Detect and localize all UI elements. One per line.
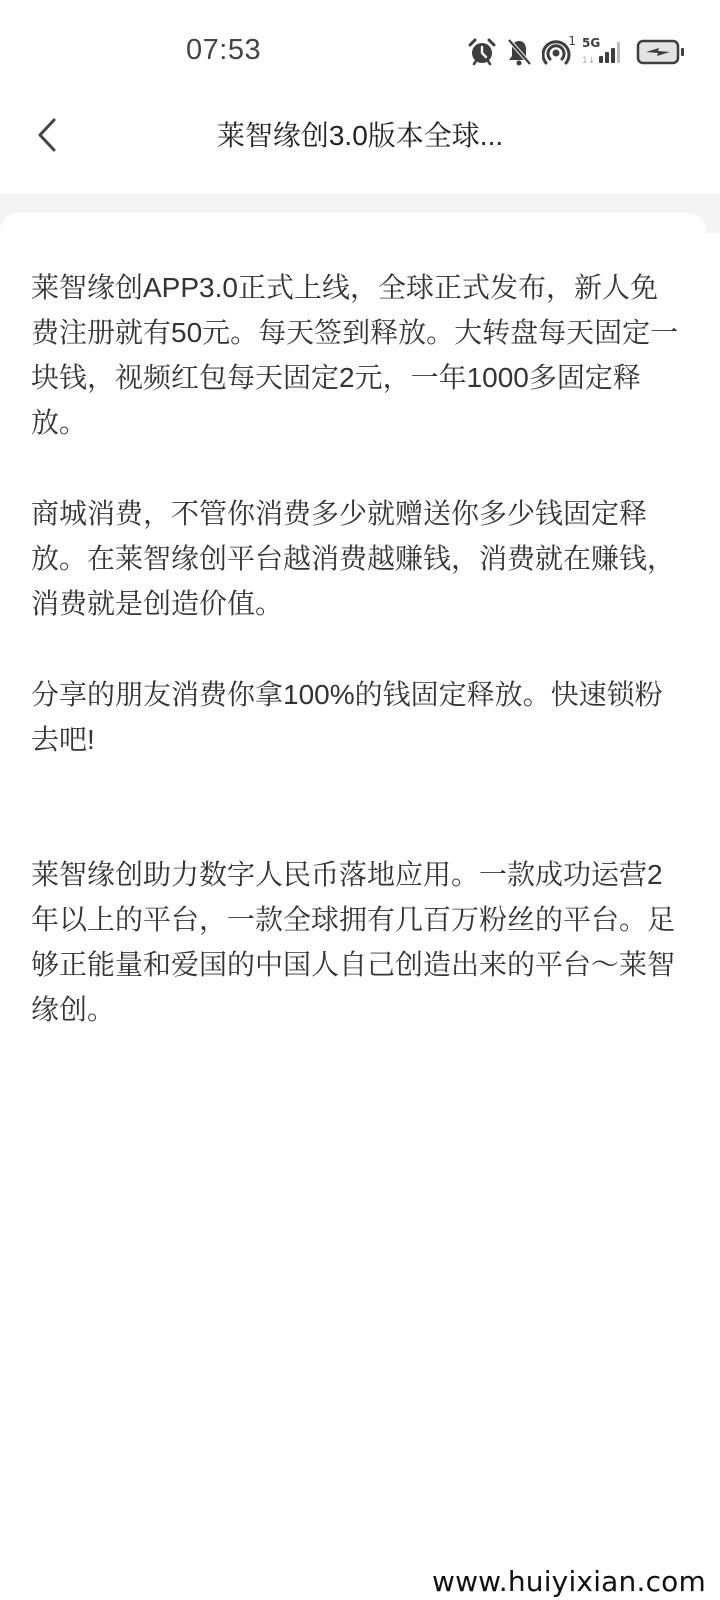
hotspot-badge: 1 xyxy=(568,34,576,48)
network-sub: 1↓ xyxy=(582,56,595,66)
status-bar: 07:53 1 xyxy=(0,0,720,100)
chevron-left-icon xyxy=(36,117,58,157)
watermark: www.huiyixian.com xyxy=(432,1565,706,1598)
hotspot-icon: 1 xyxy=(542,38,572,66)
article-body: 莱智缘创APP3.0正式上线，全球正式发布，新人免费注册就有50元。每天签到释放… xyxy=(31,265,683,1032)
status-icons: 1 5G 1↓ xyxy=(468,36,686,68)
article-paragraph: 莱智缘创助力数字人民币落地应用。一款成功运营2年以上的平台，一款全球拥有几百万粉… xyxy=(31,852,683,1032)
article-paragraph: 莱智缘创APP3.0正式上线，全球正式发布，新人免费注册就有50元。每天签到释放… xyxy=(31,265,683,445)
signal-5g-icon: 5G 1↓ xyxy=(582,38,626,66)
back-button[interactable] xyxy=(20,110,74,164)
status-time: 07:53 xyxy=(186,34,261,67)
battery-charging-icon xyxy=(636,39,686,65)
article-paragraph: 商城消费，不管你消费多少就赠送你多少钱固定释放。在莱智缘创平台越消费越赚钱，消费… xyxy=(31,491,683,626)
nav-bar: 莱智缘创3.0版本全球... xyxy=(0,100,720,193)
article-card: 莱智缘创APP3.0正式上线，全球正式发布，新人免费注册就有50元。每天签到释放… xyxy=(0,213,706,1600)
alarm-icon xyxy=(468,38,496,66)
page-title: 莱智缘创3.0版本全球... xyxy=(140,114,580,154)
bell-muted-icon xyxy=(506,38,532,66)
article-paragraph: 分享的朋友消费你拿100%的钱固定释放。快速锁粉去吧! xyxy=(31,672,683,762)
